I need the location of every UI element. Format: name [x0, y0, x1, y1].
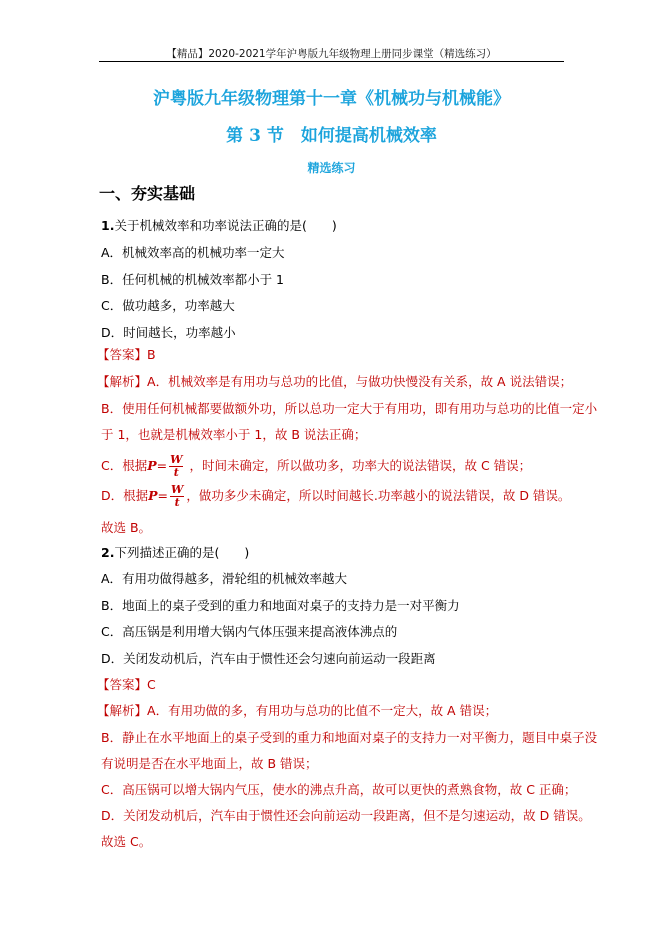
- answer-label: 【答案】: [97, 347, 147, 362]
- q1-analysis-b2: 于 1，也就是机械效率小于 1，故 B 说法正确；: [101, 427, 366, 443]
- section-title: 第 3 节 如何提高机械效率: [99, 125, 564, 147]
- q2-option-a: A．有用功做得越多，滑轮组的机械效率越大: [101, 571, 347, 587]
- q2-option-c: C．高压锅是利用增大锅内气体压强来提高液体沸点的: [101, 624, 397, 640]
- q1-answer: 【答案】B: [97, 347, 156, 363]
- q2-analysis-b1: B．静止在水平地面上的桌子受到的重力和地面对桌子的支持力一对平衡力，题目中桌子没: [101, 730, 597, 746]
- page-header: 【精品】2020-2021学年沪粤版九年级物理上册同步课堂（精选练习）: [99, 47, 564, 61]
- q1-analysis-b1: B．使用任何机械都要做额外功，所以总功一定大于有用功，即有用功与总功的比值一定小: [101, 401, 597, 417]
- answer-label: 【答案】: [97, 677, 147, 692]
- q2-conclusion: 故选 C。: [101, 834, 151, 850]
- q1-option-c: C．做功越多，功率越大: [101, 298, 235, 314]
- question-text: 关于机械效率和功率说法正确的是( ): [114, 218, 336, 233]
- fraction-w-over-t: Wt: [170, 484, 184, 509]
- analysis-label: 【解析】: [97, 703, 147, 718]
- q2-analysis-c: C．高压锅可以增大锅内气压，使水的沸点升高，故可以更快的煮熟食物，故 C 正确；: [101, 782, 576, 798]
- q1-option-d: D．时间越长，功率越小: [101, 325, 236, 341]
- question-number: 1.: [101, 218, 114, 233]
- q1-analysis-c: C．根据P=Wt ，时间未确定，所以做功多，功率大的说法错误，故 C 错误；: [101, 453, 531, 479]
- question-2-stem: 2.下列描述正确的是( ): [101, 545, 249, 561]
- q2-analysis-b2: 有说明是否在水平地面上，故 B 错误；: [101, 756, 318, 772]
- subtitle: 精选练习: [99, 160, 564, 176]
- q1-conclusion: 故选 B。: [101, 520, 151, 536]
- q1-analysis-a: 【解析】A．机械效率是有用功与总功的比值，与做功快慢没有关系，故 A 说法错误；: [97, 374, 572, 390]
- q1-option-b: B．任何机械的机械效率都小于 1: [101, 272, 284, 288]
- q1-analysis-d: D．根据P=Wt，做功多少未确定，所以时间越长.功率越小的说法错误，故 D 错误…: [101, 483, 570, 509]
- q1-option-a: A．机械效率高的机械功率一定大: [101, 245, 285, 261]
- section-heading: 一、夯实基础: [99, 183, 195, 205]
- question-text: 下列描述正确的是( ): [114, 545, 249, 560]
- analysis-label: 【解析】: [97, 374, 147, 389]
- answer-value: B: [147, 347, 156, 362]
- question-1-stem: 1.关于机械效率和功率说法正确的是( ): [101, 218, 337, 234]
- answer-value: C: [147, 677, 156, 692]
- question-number: 2.: [101, 545, 114, 560]
- q2-analysis-a: 【解析】A．有用功做的多，有用功与总功的比值不一定大，故 A 错误；: [97, 703, 497, 719]
- q2-analysis-d: D．关闭发动机后，汽车由于惯性还会向前运动一段距离，但不是匀速运动，故 D 错误…: [101, 808, 591, 824]
- q2-option-b: B．地面上的桌子受到的重力和地面对桌子的支持力是一对平衡力: [101, 598, 460, 614]
- main-title: 沪粤版九年级物理第十一章《机械功与机械能》: [99, 88, 564, 110]
- q2-answer: 【答案】C: [97, 677, 156, 693]
- q2-option-d: D．关闭发动机后，汽车由于惯性还会匀速向前运动一段距离: [101, 651, 436, 667]
- fraction-w-over-t: Wt: [169, 454, 183, 479]
- document-page: 【精品】2020-2021学年沪粤版九年级物理上册同步课堂（精选练习） 沪粤版九…: [0, 0, 661, 935]
- header-rule: [99, 61, 564, 62]
